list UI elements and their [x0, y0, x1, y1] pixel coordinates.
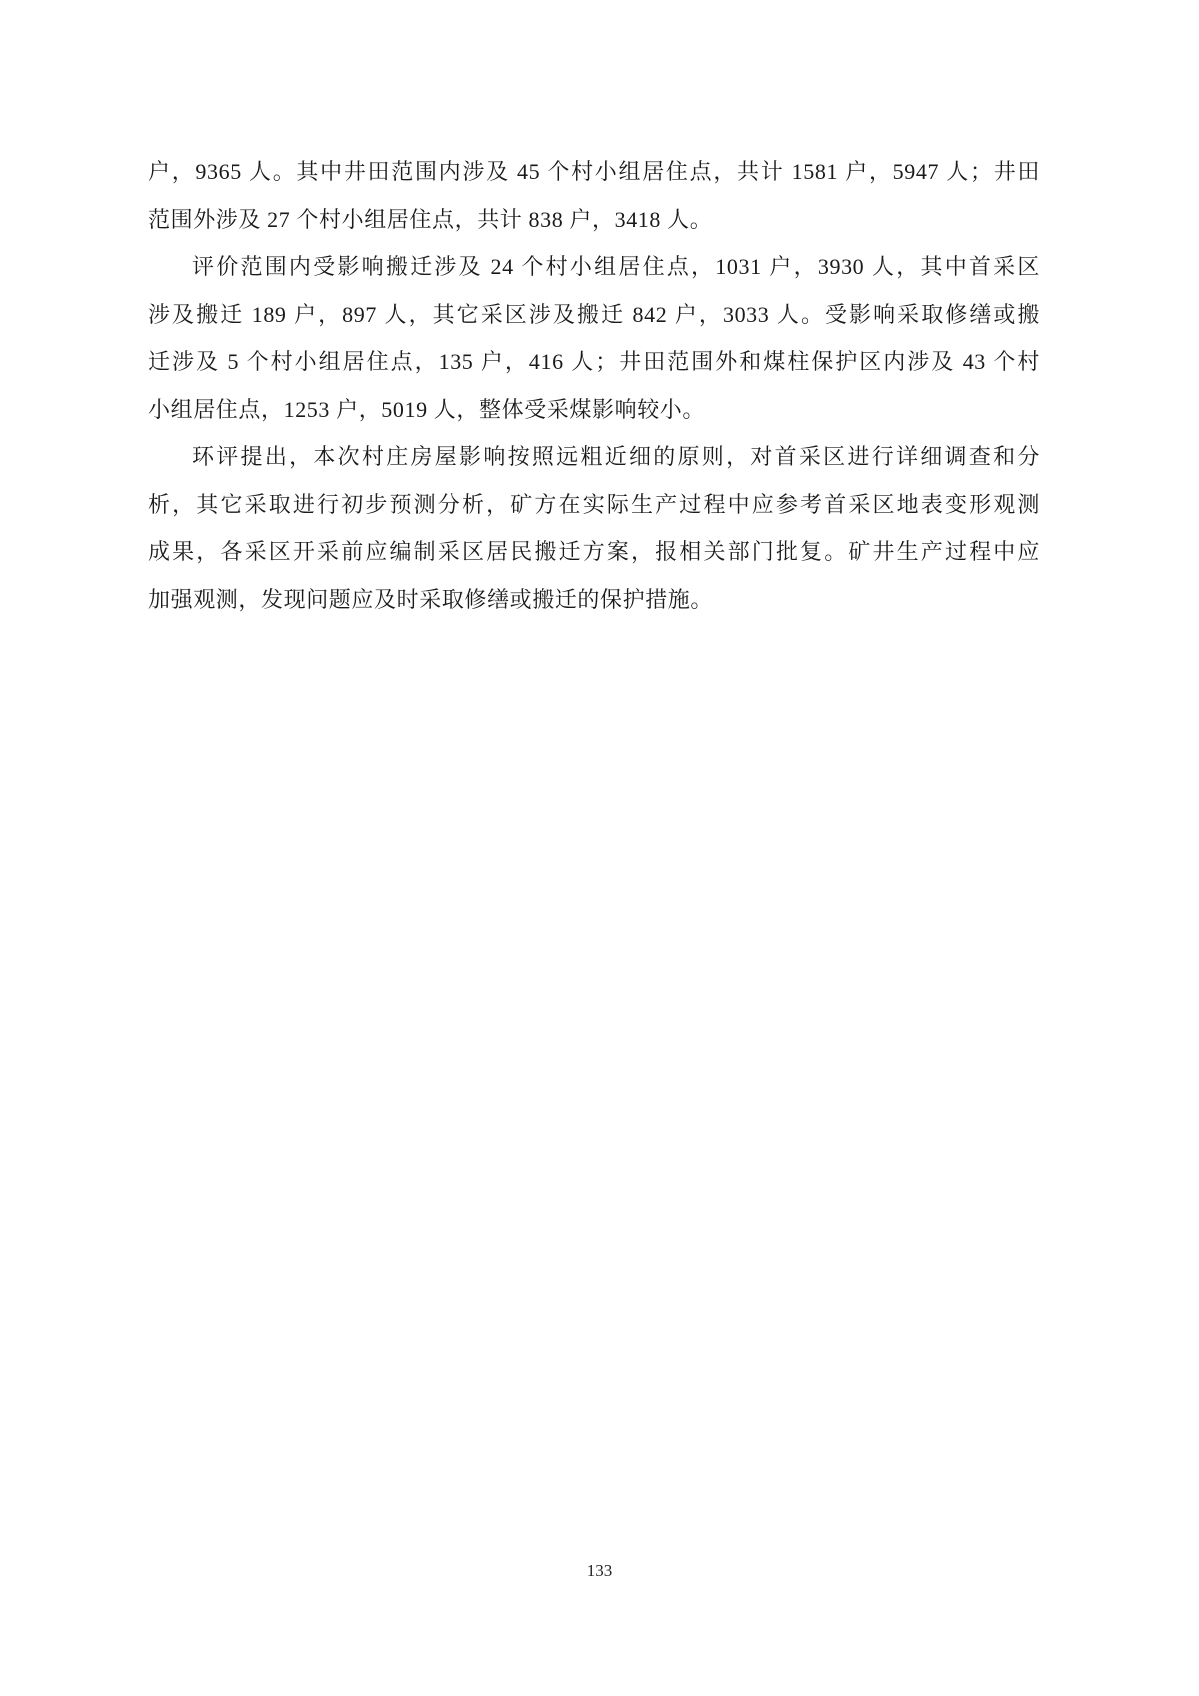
document-page: 户，9365 人。其中井田范围内涉及 45 个村小组居住点，共计 1581 户，…	[0, 0, 1199, 1696]
body-text: 户，9365 人。其中井田范围内涉及 45 个村小组居住点，共计 1581 户，…	[148, 148, 1040, 623]
text-line: 范围外涉及 27 个村小组居住点，共计 838 户，3418 人。	[148, 196, 1040, 244]
text-line: 析，其它采取进行初步预测分析，矿方在实际生产过程中应参考首采区地表变形观测	[148, 481, 1040, 529]
text-line: 成果，各采区开采前应编制采区居民搬迁方案，报相关部门批复。矿井生产过程中应	[148, 528, 1040, 576]
paragraph-3: 环评提出，本次村庄房屋影响按照远粗近细的原则，对首采区进行详细调查和分 析，其它…	[148, 433, 1040, 623]
text-line: 涉及搬迁 189 户，897 人，其它采区涉及搬迁 842 户，3033 人。受…	[148, 291, 1040, 339]
text-line: 环评提出，本次村庄房屋影响按照远粗近细的原则，对首采区进行详细调查和分	[148, 433, 1040, 481]
page-number: 133	[0, 1561, 1199, 1581]
text-line: 加强观测，发现问题应及时采取修缮或搬迁的保护措施。	[148, 576, 1040, 624]
paragraph-1: 户，9365 人。其中井田范围内涉及 45 个村小组居住点，共计 1581 户，…	[148, 148, 1040, 243]
text-line: 评价范围内受影响搬迁涉及 24 个村小组居住点，1031 户，3930 人，其中…	[148, 243, 1040, 291]
text-line: 小组居住点，1253 户，5019 人，整体受采煤影响较小。	[148, 386, 1040, 434]
paragraph-2: 评价范围内受影响搬迁涉及 24 个村小组居住点，1031 户，3930 人，其中…	[148, 243, 1040, 433]
text-line: 迁涉及 5 个村小组居住点，135 户，416 人；井田范围外和煤柱保护区内涉及…	[148, 338, 1040, 386]
text-line: 户，9365 人。其中井田范围内涉及 45 个村小组居住点，共计 1581 户，…	[148, 148, 1040, 196]
